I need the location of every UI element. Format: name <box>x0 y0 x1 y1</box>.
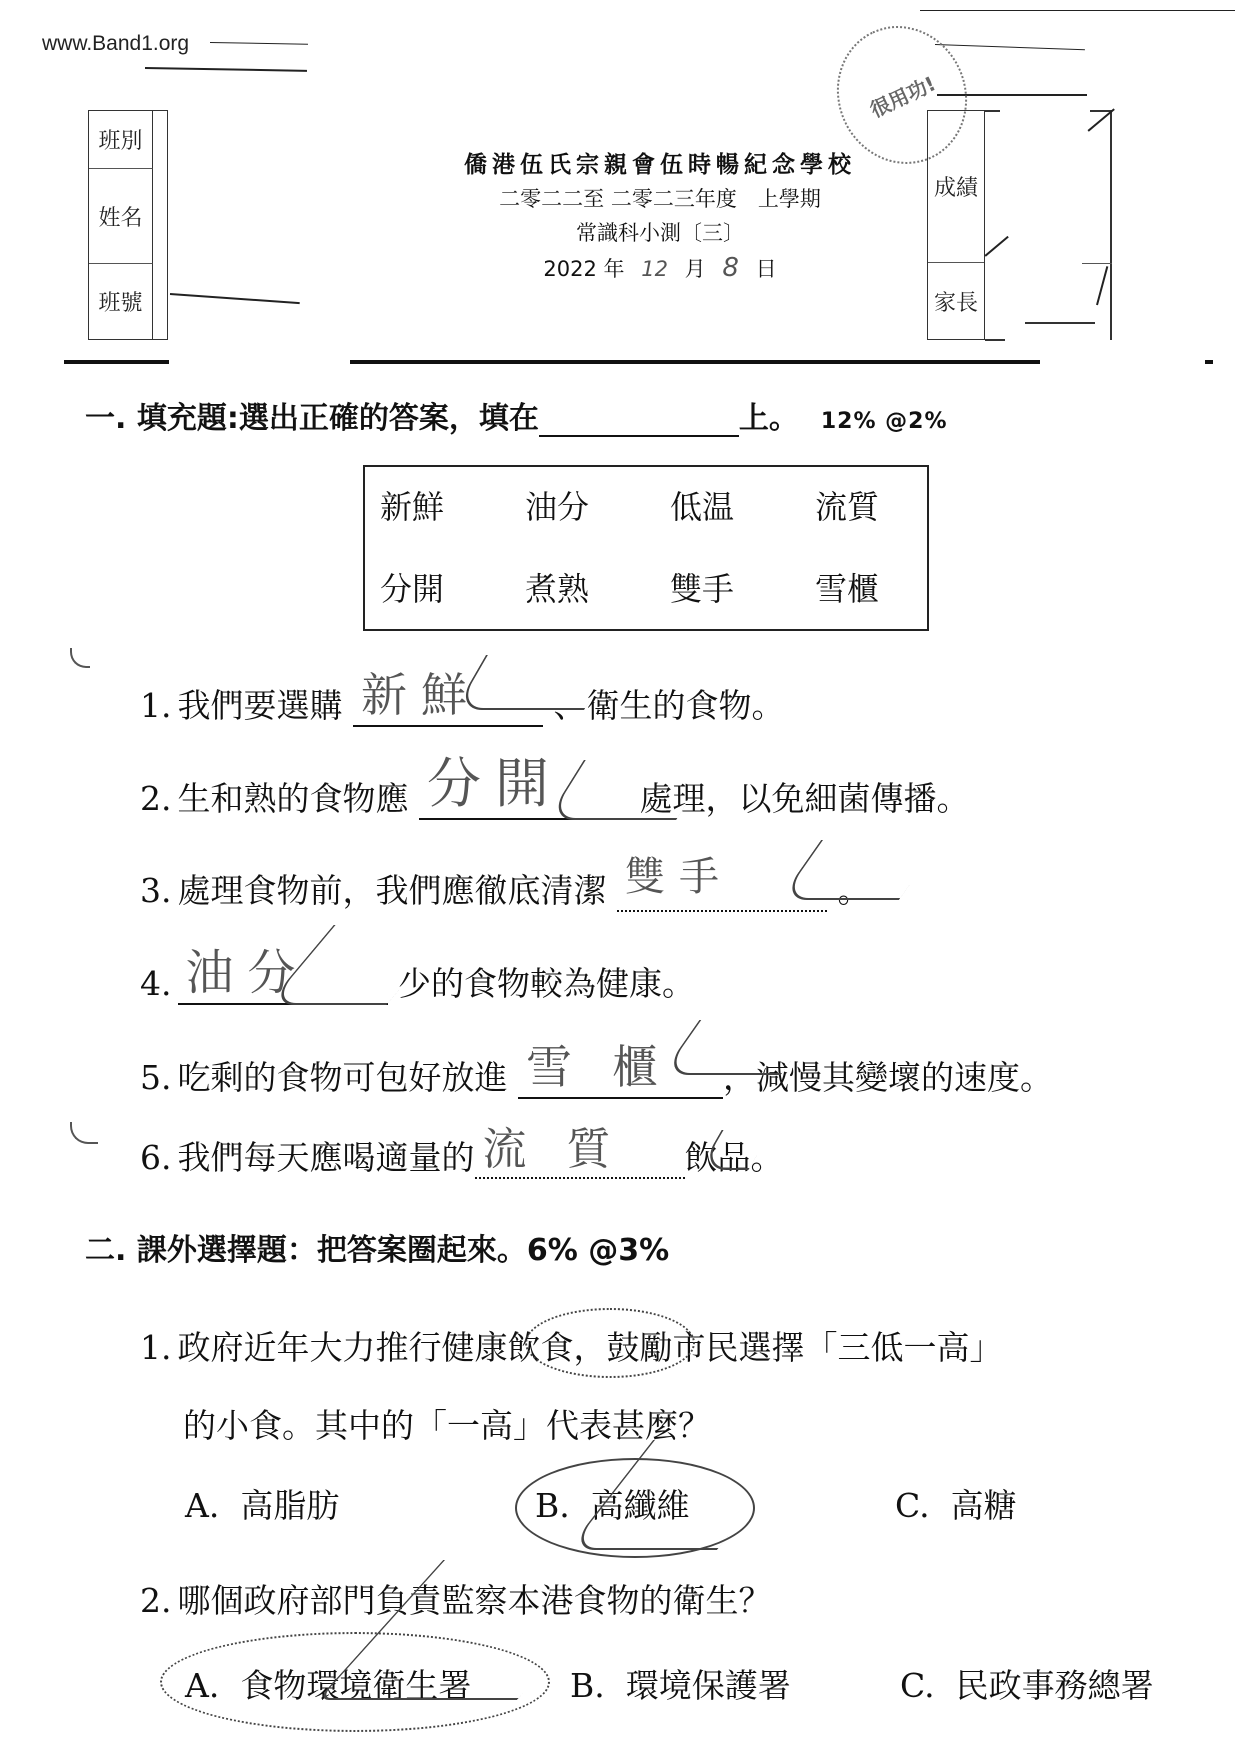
date-month-label: 月 <box>685 257 706 281</box>
scan-line <box>920 10 1235 11</box>
name-label: 姓名 <box>89 169 153 264</box>
question-number: 3. <box>140 871 172 910</box>
option-text: 高脂肪 <box>240 1486 339 1525</box>
parent-signature-line <box>1025 322 1095 324</box>
header-divider <box>64 360 169 364</box>
mc1-option-c[interactable]: C. 高糖 <box>895 1480 1017 1527</box>
parent-signature-label: 家長 <box>928 263 984 339</box>
handwritten-answer: 新鮮 <box>361 659 481 725</box>
option-letter: C. <box>895 1486 930 1525</box>
margin-mark <box>70 1122 98 1144</box>
option-letter: B. <box>570 1666 605 1705</box>
question-number: 2. <box>140 1581 172 1620</box>
word-bank-item: 流質 <box>815 482 879 528</box>
section2-points: 6% @3% <box>527 1233 669 1268</box>
scan-line <box>935 44 1085 50</box>
question-text: 我們要選購 <box>178 686 343 725</box>
mark-slash <box>985 236 1009 256</box>
question-number: 4. <box>140 964 172 1003</box>
option-letter: C. <box>900 1666 935 1705</box>
exam-header: 僑港伍氏宗親會伍時暢紀念學校 二零二二至 二零二三年度 上學期 常識科小測〔三〕… <box>380 148 940 287</box>
section1-instruction: 一. 填充題:選出正確的答案，填在 <box>85 401 539 436</box>
section2-instruction: 二. 課外選擇題：把答案圈起來。 <box>85 1233 527 1268</box>
class-number-line <box>170 293 300 304</box>
option-text: 高糖 <box>951 1486 1017 1525</box>
section1-points: 12% @2% <box>821 409 948 434</box>
question-number: 1. <box>140 686 172 725</box>
question-number: 6. <box>140 1138 172 1177</box>
option-text: 環境保護署 <box>626 1666 791 1705</box>
header-divider <box>350 360 1040 364</box>
section1-instruction-suffix: 上。 <box>739 401 799 436</box>
school-name: 僑港伍氏宗親會伍時暢紀念學校 <box>380 148 940 182</box>
score-box-top-line <box>985 110 1000 112</box>
question-number: 5. <box>140 1058 172 1097</box>
date-year: 2022 年 <box>543 257 624 281</box>
date-month-handwritten: 12 <box>641 257 668 281</box>
score-label: 成績 <box>928 111 984 263</box>
answer-blank[interactable]: 流質 <box>475 1145 685 1179</box>
question-text: 處理食物前，我們應徹底清潔 <box>178 871 607 910</box>
question-text: 少的食物較為健康。 <box>398 964 695 1003</box>
title-blank <box>539 409 739 437</box>
question-text: 政府近年大力推行 <box>178 1328 442 1367</box>
margin-mark <box>70 648 90 668</box>
handwritten-answer: 分開 <box>427 741 563 818</box>
question-text: 的小食。其中的「一高」代表甚麼？ <box>183 1406 711 1445</box>
word-bank-item: 煮熟 <box>525 564 589 610</box>
word-bank-item: 雙手 <box>670 564 734 610</box>
question-text: 吃剩的食物可包好放進 <box>178 1058 508 1097</box>
parent-signature-stroke <box>1096 266 1108 305</box>
section2-title: 二. 課外選擇題：把答案圈起來。6% @3% <box>85 1225 669 1269</box>
handwritten-answer: 流質 <box>483 1113 651 1177</box>
score-box-bottom-line <box>985 339 1005 341</box>
section1-title: 一. 填充題:選出正確的答案，填在上。12% @2% <box>85 393 948 437</box>
fill-question-3: 3.處理食物前，我們應徹底清潔 雙手 。 <box>140 865 871 912</box>
word-bank: 新鮮 油分 低温 流質 分開 煮熟 雙手 雪櫃 <box>363 465 929 631</box>
exam-date: 2022 年 12 月 8 日 <box>380 250 940 287</box>
mc2-option-c[interactable]: C. 民政事務總署 <box>900 1660 1154 1707</box>
score-box-frame <box>1110 110 1112 340</box>
question-number: 1. <box>140 1328 172 1367</box>
correct-tick-icon <box>779 840 941 900</box>
word-bank-item: 油分 <box>525 482 589 528</box>
class-label: 班別 <box>89 111 153 169</box>
fill-question-1: 1.我們要選購 新鮮 、衛生的食物。 <box>140 680 785 727</box>
mc-question-1-line2: 的小食。其中的「一高」代表甚麼？ <box>183 1400 711 1447</box>
test-name: 常識科小測〔三〕 <box>380 216 940 250</box>
score-box-divider <box>1082 263 1112 264</box>
class-number-label: 班號 <box>89 264 153 339</box>
student-info-box: 班別 姓名 班號 <box>88 110 168 340</box>
date-day-label: 日 <box>756 257 777 281</box>
question-text: 我們每天應喝適量的 <box>178 1138 475 1177</box>
handwritten-answer: 雪櫃 <box>526 1031 698 1097</box>
mc2-option-b[interactable]: B. 環境保護署 <box>570 1660 791 1707</box>
question-number: 2. <box>140 779 172 818</box>
scan-line <box>145 67 307 72</box>
score-box: 成績 家長 <box>927 110 985 340</box>
handwritten-answer: 雙手 <box>625 845 733 902</box>
fill-question-2: 2.生和熟的食物應 分開 處理，以免細菌傳播。 <box>140 773 970 820</box>
fill-question-6: 6.我們每天應喝適量的流質飲品。 <box>140 1132 784 1179</box>
date-day-handwritten: 8 <box>722 253 739 283</box>
option-letter: A. <box>185 1486 219 1525</box>
option-text: 民政事務總署 <box>956 1666 1154 1705</box>
word-bank-item: 低温 <box>670 482 734 528</box>
scan-line <box>210 42 308 45</box>
fill-question-5: 5.吃剩的食物可包好放進 雪櫃，減慢其變壞的速度。 <box>140 1052 1053 1099</box>
word-bank-item: 分開 <box>380 564 444 610</box>
watermark-text: www.Band1.org <box>42 32 189 56</box>
question-text: 生和熟的食物應 <box>178 779 409 818</box>
mc1-option-a[interactable]: A. 高脂肪 <box>185 1480 339 1527</box>
phrase-circle <box>525 1308 695 1378</box>
academic-year: 二零二二至 二零二三年度 上學期 <box>380 182 940 216</box>
word-bank-item: 雪櫃 <box>815 564 879 610</box>
word-bank-item: 新鮮 <box>380 482 444 528</box>
header-divider-mark <box>1205 360 1213 364</box>
